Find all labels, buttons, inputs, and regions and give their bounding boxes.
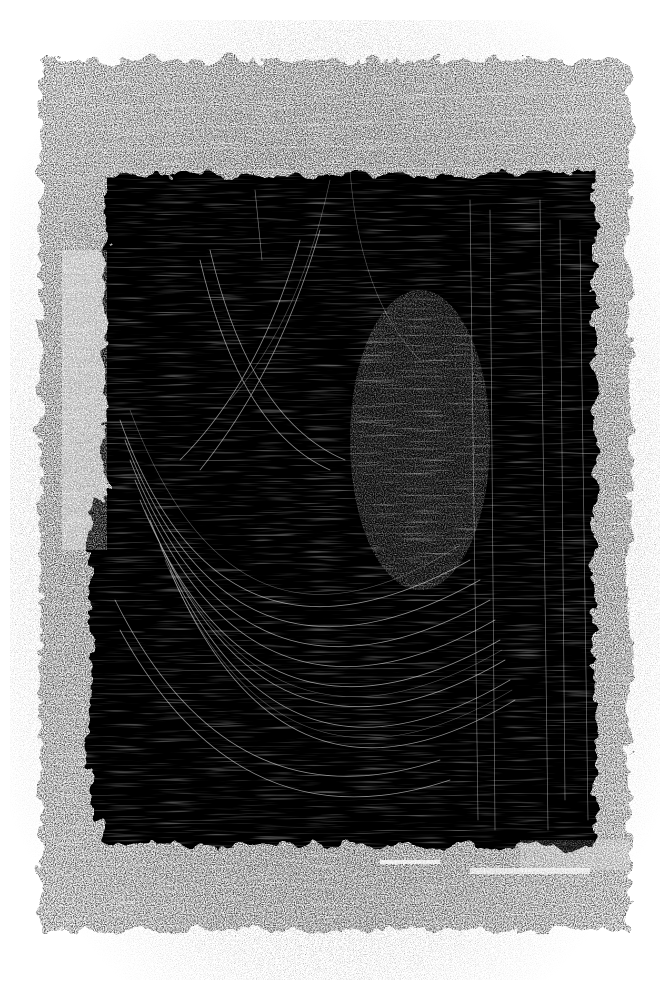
left-edge-gap bbox=[62, 250, 107, 550]
scratch-grain-overlay bbox=[40, 60, 630, 930]
grunge-texture-canvas bbox=[0, 0, 667, 1000]
grunge-brush-stroke-image bbox=[0, 0, 667, 1000]
